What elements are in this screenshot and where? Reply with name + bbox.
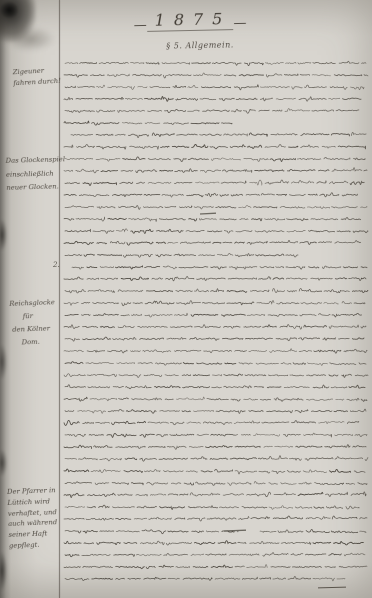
handwriting-line-segment: [319, 170, 330, 171]
handwriting-line-segment: [364, 75, 368, 76]
handwriting-line-segment: [64, 98, 73, 100]
handwriting-line-segment: [133, 74, 162, 75]
handwriting-line-segment: [184, 483, 193, 485]
handwriting-line-segment: [254, 386, 263, 387]
handwriting-line-segment: [264, 446, 273, 447]
handwriting-line-segment: [76, 98, 92, 99]
handwriting-line-segment: [281, 542, 311, 544]
handwriting-line-segment: [325, 567, 336, 568]
handwriting-line-segment: [235, 471, 257, 474]
handwriting-line-segment: [80, 62, 97, 63]
handwriting-line-segment: [138, 86, 147, 87]
handwriting-line-segment: [217, 253, 233, 255]
handwriting-line-segment: [146, 566, 155, 568]
handwriting-line-segment: [86, 363, 114, 364]
handwriting-line-segment: [352, 290, 368, 292]
handwriting-line-segment: [175, 169, 198, 173]
handwriting-line-segment: [312, 75, 330, 76]
handwriting-line-segment: [101, 170, 118, 171]
handwriting-line-segment: [148, 159, 170, 160]
handwriting-line-segment: [159, 565, 173, 567]
handwriting-line-segment: [84, 543, 94, 544]
handwriting-line-segment: [336, 399, 344, 400]
handwriting-line-segment: [127, 242, 153, 245]
handwriting-line-segment: [354, 158, 365, 160]
handwriting-line-segment: [87, 278, 99, 279]
handwriting-line-segment: [353, 231, 368, 233]
handwriting-line-segment: [211, 289, 224, 292]
handwriting-line-segment: [299, 350, 312, 351]
handwriting-line-segment: [268, 375, 287, 376]
handwriting-line-segment: [159, 458, 188, 459]
handwriting-line-segment: [133, 303, 142, 304]
handwriting-line-segment: [146, 63, 159, 65]
handwriting-line-segment: [244, 399, 258, 400]
handwriting-line-segment: [64, 420, 79, 425]
handwriting-line-segment: [82, 302, 90, 303]
handwriting-line-segment: [167, 338, 186, 340]
handwriting-line-segment: [336, 110, 359, 111]
handwriting-line-segment: [183, 386, 210, 387]
handwriting-line-segment: [97, 542, 121, 544]
handwriting-line-segment: [64, 121, 89, 124]
handwriting-line-segment: [114, 554, 135, 556]
handwriting-line-segment: [119, 398, 129, 400]
handwriting-line-segment: [132, 398, 162, 400]
handwriting-line-segment: [116, 446, 146, 448]
handwriting-line-segment: [156, 255, 172, 257]
handwriting-line-segment: [136, 182, 144, 183]
handwriting-line-segment: [235, 350, 247, 351]
handwriting-line-segment: [287, 471, 300, 473]
handwriting-line-segment: [148, 182, 171, 183]
handwriting-line-segment: [173, 85, 186, 87]
handwriting-line-segment: [260, 578, 271, 579]
handwriting-line-segment: [360, 531, 366, 532]
handwriting-line-segment: [298, 62, 311, 64]
handwriting-line-segment: [320, 193, 339, 197]
handwriting-line-segment: [65, 434, 86, 436]
handwriting-line-segment: [181, 242, 211, 244]
handwriting-line-segment: [162, 194, 183, 197]
handwriting-line-segment: [350, 182, 364, 185]
handwriting-line-segment: [97, 146, 126, 149]
handwriting-line-segment: [118, 110, 145, 112]
handwriting-line-segment: [259, 471, 270, 473]
handwriting-line-segment: [129, 134, 149, 137]
handwriting-line-segment: [108, 86, 135, 89]
handwriting-line-segment: [332, 168, 362, 172]
handwriting-line-segment: [140, 434, 155, 437]
handwriting-line-segment: [319, 421, 345, 423]
handwriting-line-segment: [65, 338, 80, 341]
handwriting-line-segment: [313, 578, 335, 581]
handwriting-line-segment: [250, 290, 269, 292]
handwriting-line-segment: [254, 434, 280, 436]
handwriting-line-segment: [88, 493, 116, 496]
handwriting-line-segment: [65, 110, 94, 112]
handwriting-line-segment: [112, 194, 142, 196]
handwriting-line-segment: [247, 314, 265, 315]
handwriting-line-segment: [110, 241, 125, 244]
handwriting-line-segment: [94, 182, 117, 184]
handwriting-line-segment: [175, 350, 201, 351]
handwriting-line-segment: [305, 85, 327, 88]
handwriting-line-segment: [216, 410, 245, 413]
handwriting-line-segment: [165, 207, 176, 208]
handwriting-line-segment: [219, 507, 238, 508]
handwriting-line-segment: [65, 182, 80, 183]
handwriting-line-segment: [297, 159, 321, 160]
handwriting-line-segment: [242, 577, 257, 579]
handwriting-line-segment: [273, 516, 302, 519]
handwriting-line-segment: [190, 493, 220, 496]
handwriting-line-segment: [165, 109, 186, 112]
handwriting-line-segment: [305, 554, 326, 555]
strikethrough-mark: [200, 213, 216, 214]
handwriting-line-segment: [64, 567, 80, 568]
handwriting-line-segment: [274, 398, 303, 401]
handwriting-line-segment: [216, 206, 236, 208]
handwriting-line-segment: [156, 363, 182, 365]
handwriting-line-segment: [168, 242, 178, 243]
handwriting-line-segment: [354, 471, 365, 473]
handwriting-line-segment: [272, 289, 284, 293]
handwriting-line-segment: [351, 492, 366, 496]
handwriting-line-segment: [301, 134, 329, 136]
handwriting-line-segment: [191, 457, 207, 460]
handwriting-line-segment: [350, 409, 366, 412]
handwriting-line-segment: [234, 421, 260, 424]
handwriting-line-segment: [268, 315, 297, 317]
handwriting-line-segment: [286, 62, 296, 63]
handwriting-line-segment: [283, 434, 300, 436]
handwriting-line-segment: [192, 145, 208, 148]
handwriting-line-segment: [193, 566, 208, 567]
handwriting-line-segment: [241, 434, 250, 435]
handwriting-line-segment: [65, 385, 85, 388]
handwriting-line-segment: [311, 219, 338, 220]
handwriting-line-segment: [126, 410, 156, 414]
handwriting-line-segment: [335, 278, 347, 279]
handwriting-line-segment: [117, 363, 135, 364]
handwriting-line-segment: [182, 375, 191, 376]
handwriting-line-segment: [361, 399, 367, 401]
handwriting-line-segment: [84, 254, 94, 256]
handwriting-line-segment: [211, 434, 238, 436]
handwriting-line-segment: [64, 75, 87, 78]
handwriting-line-segment: [159, 218, 185, 219]
handwriting-line-segment: [72, 267, 84, 269]
handwriting-line-segment: [156, 242, 165, 243]
handwriting-line-segment: [145, 123, 160, 124]
handwriting-line-segment: [203, 110, 230, 111]
handwriting-line-segment: [160, 170, 173, 171]
handwriting-line-segment: [334, 411, 348, 412]
handwriting-line-segment: [342, 374, 352, 377]
handwriting-line-segment: [160, 411, 180, 412]
handwriting-line-segment: [337, 578, 345, 579]
handwriting-line-segment: [122, 303, 131, 306]
handwriting-line-segment: [212, 62, 241, 65]
handwriting-line-segment: [146, 290, 172, 291]
handwriting-line-segment: [64, 241, 93, 244]
handwriting-line-segment: [176, 301, 200, 305]
handwriting-line-segment: [64, 194, 76, 195]
handwriting-line-segment: [300, 314, 316, 316]
handwriting-line-segment: [288, 576, 310, 579]
handwriting-line-segment: [96, 159, 120, 162]
handwriting-line-segment: [131, 483, 143, 485]
handwriting-line-segment: [286, 267, 305, 270]
handwriting-line-segment: [65, 410, 74, 411]
handwriting-line-segment: [235, 254, 254, 257]
handwriting-line-segment: [65, 555, 79, 557]
handwriting-line-segment: [64, 218, 74, 220]
handwriting-line-segment: [140, 338, 164, 339]
handwriting-line-segment: [96, 134, 113, 135]
handwriting-line-segment: [120, 182, 133, 183]
handwriting-line-segment: [174, 254, 196, 256]
handwriting-line-segment: [309, 230, 335, 232]
handwriting-line-segment: [307, 206, 329, 208]
handwriting-line-segment: [223, 242, 232, 243]
handwriting-line-segment: [281, 363, 291, 365]
handwriting-line-segment: [204, 350, 232, 352]
handwriting-line-segment: [335, 457, 363, 460]
handwriting-line-segment: [292, 566, 321, 567]
handwriting-line-segment: [176, 290, 192, 291]
handwriting-line-segment: [286, 255, 298, 257]
handwriting-line-segment: [148, 422, 169, 423]
handwriting-line-segment: [179, 267, 208, 268]
handwriting-line-segment: [239, 205, 251, 207]
handwriting-line-segment: [220, 195, 229, 197]
handwriting-line-segment: [64, 325, 79, 329]
handwriting-line-segment: [244, 63, 263, 66]
handwriting-line-segment: [122, 123, 142, 124]
handwriting-line-segment: [76, 169, 99, 173]
handwriting-line-segment: [161, 146, 170, 147]
handwriting-line-segment: [87, 351, 105, 353]
handwriting-line-segment: [329, 375, 338, 376]
handwriting-line-segment: [250, 180, 262, 185]
handwriting-line-segment: [326, 492, 348, 496]
handwriting-line-segment: [304, 433, 332, 437]
handwriting-line-segment: [314, 350, 341, 353]
handwriting-line-segment: [301, 145, 319, 148]
handwriting-line-segment: [175, 518, 185, 520]
handwriting-line-segment: [194, 325, 220, 328]
handwriting-line-segment: [170, 434, 194, 435]
handwriting-line-segment: [229, 554, 259, 556]
handwriting-line-segment: [145, 96, 174, 101]
handwriting-line-segment: [317, 181, 326, 183]
handwriting-line-segment: [267, 387, 281, 388]
handwriting-line-segment: [215, 578, 240, 579]
handwriting-line-segment: [143, 350, 171, 353]
handwriting-line-segment: [170, 422, 184, 425]
handwriting-line-segment: [192, 531, 204, 533]
handwriting-line-segment: [90, 399, 117, 401]
handwriting-line-segment: [116, 531, 139, 532]
handwriting-line-segment: [197, 278, 226, 280]
handwriting-line-segment: [312, 410, 333, 411]
handwriting-line-segment: [229, 267, 256, 270]
handwriting-line-segment: [260, 399, 270, 400]
handwriting-line-segment: [249, 133, 267, 136]
handwriting-line-segment: [65, 362, 83, 364]
handwriting-line-segment: [339, 566, 367, 568]
handwriting-line-segment: [90, 75, 104, 76]
handwriting-line-segment: [287, 291, 296, 292]
handwriting-line-segment: [82, 314, 91, 315]
handwriting-line-segment: [235, 446, 260, 447]
handwriting-line-segment: [64, 145, 73, 147]
handwriting-line-segment: [97, 207, 115, 209]
handwriting-line-segment: [124, 471, 143, 473]
handwriting-line-segment: [359, 363, 366, 364]
handwriting-line-segment: [352, 338, 364, 339]
handwriting-line-segment: [271, 566, 290, 567]
handwriting-line-segment: [65, 206, 94, 208]
handwriting-line-segment: [132, 314, 142, 315]
handwriting-line-segment: [205, 193, 218, 196]
handwriting-line-segment: [201, 87, 230, 88]
handwriting-line-segment: [219, 98, 234, 100]
handwriting-line-segment: [118, 325, 134, 327]
handwriting-line-segment: [64, 469, 89, 472]
handwriting-line-segment: [259, 110, 269, 111]
handwriting-line-segment: [299, 289, 322, 292]
handwriting-line-segment: [326, 506, 342, 509]
handwriting-line-segment: [183, 363, 193, 364]
handwriting-line-segment: [194, 542, 215, 544]
handwriting-line-segment: [196, 482, 225, 485]
handwriting-line-segment: [364, 170, 367, 171]
handwriting-line-segment: [236, 98, 257, 99]
handwriting-line-segment: [272, 471, 285, 474]
handwriting-line-segment: [88, 290, 115, 293]
handwriting-line-segment: [221, 314, 245, 316]
handwriting-line-segment: [254, 481, 265, 484]
handwriting-line-segment: [93, 302, 119, 303]
handwriting-line-segment: [165, 375, 178, 376]
handwriting-line-segment: [324, 290, 349, 293]
handwriting-line-segment: [83, 566, 113, 567]
handwriting-line-segment: [291, 554, 303, 556]
handwriting-line-segment: [99, 505, 110, 507]
handwriting-line-segment: [339, 61, 359, 64]
handwriting-line-segment: [258, 456, 287, 460]
handwriting-line-segment: [206, 446, 233, 448]
handwriting-line-segment: [256, 363, 278, 364]
handwriting-line-segment: [313, 385, 329, 388]
handwriting-line-segment: [314, 507, 324, 509]
handwriting-line-segment: [64, 397, 87, 401]
handwriting-line-segment: [295, 410, 308, 413]
handwriting-line-segment: [197, 434, 208, 435]
handwriting-line-segment: [276, 98, 296, 99]
handwriting-line-segment: [89, 434, 104, 435]
handwriting-line-segment: [290, 458, 302, 460]
handwriting-line-segment: [79, 195, 109, 197]
handwriting-line-segment: [262, 422, 289, 423]
handwriting-line-segment: [263, 553, 288, 557]
handwriting-line-segment: [260, 267, 274, 268]
handwriting-line-segment: [189, 447, 203, 448]
handwriting-line-segment: [116, 518, 131, 519]
handwriting-line-segment: [138, 362, 152, 363]
handwriting-line-segment: [267, 411, 293, 413]
handwriting-line-segment: [65, 506, 84, 507]
handwriting-line-segment: [113, 337, 137, 340]
handwriting-line-segment: [347, 421, 358, 423]
handwriting-line-segment: [234, 85, 258, 90]
handwriting-line-segment: [156, 229, 183, 232]
handwriting-line-segment: [213, 375, 222, 376]
handwriting-line-segment: [150, 494, 165, 495]
handwriting-line-segment: [183, 578, 212, 580]
handwriting-line-segment: [347, 398, 359, 400]
handwriting-line-segment: [130, 146, 159, 149]
handwriting-line-segment: [206, 531, 218, 532]
handwriting-line-segment: [307, 375, 326, 376]
handwriting-line-segment: [228, 278, 256, 279]
handwriting-line-segment: [329, 554, 342, 556]
handwriting-line-segment: [78, 410, 106, 413]
handwriting-line-segment: [137, 506, 156, 508]
handwriting-line-segment: [260, 87, 289, 88]
handwriting-line-segment: [108, 350, 128, 353]
handwriting-line-segment: [242, 507, 267, 509]
handwriting-line-segment: [260, 531, 276, 532]
handwriting-line-segment: [273, 278, 284, 280]
handwriting-line-segment: [87, 374, 116, 376]
handwriting-line-segment: [131, 351, 141, 352]
handwriting-line-segment: [119, 375, 141, 378]
handwriting-line-segment: [207, 518, 236, 520]
handwriting-line-segment: [77, 145, 95, 148]
handwriting-line-segment: [224, 374, 243, 376]
handwriting-line-segment: [125, 98, 142, 99]
handwriting-line-segment: [131, 62, 144, 63]
handwriting-line-segment: [223, 494, 243, 496]
handwriting-line-segment: [100, 531, 114, 532]
handwriting-line-segment: [145, 315, 172, 317]
handwriting-line-segment: [121, 277, 148, 280]
handwriting-line-segment: [100, 458, 122, 461]
strikethrough-mark: [224, 530, 246, 531]
handwriting-line-segment: [259, 277, 271, 280]
handwriting-line-segment: [182, 411, 191, 412]
handwriting-line-segment: [136, 554, 161, 555]
handwriting-line-segment: [147, 482, 168, 485]
handwriting-line-segment: [312, 110, 334, 111]
handwriting-line-segment: [213, 242, 221, 243]
handwriting-line-segment: [164, 123, 189, 125]
handwriting-line-segment: [260, 98, 272, 101]
handwriting-line-segment: [324, 302, 339, 304]
handwriting-line-segment: [290, 375, 304, 376]
handwriting-line-segment: [180, 494, 188, 495]
handwriting-line-segment: [174, 159, 186, 162]
handwriting-line-segment: [300, 75, 310, 76]
handwriting-line-segment: [329, 98, 340, 99]
handwriting-line-segment: [112, 421, 136, 424]
handwriting-line-segment: [346, 483, 355, 484]
handwriting-line-segment: [86, 518, 114, 520]
